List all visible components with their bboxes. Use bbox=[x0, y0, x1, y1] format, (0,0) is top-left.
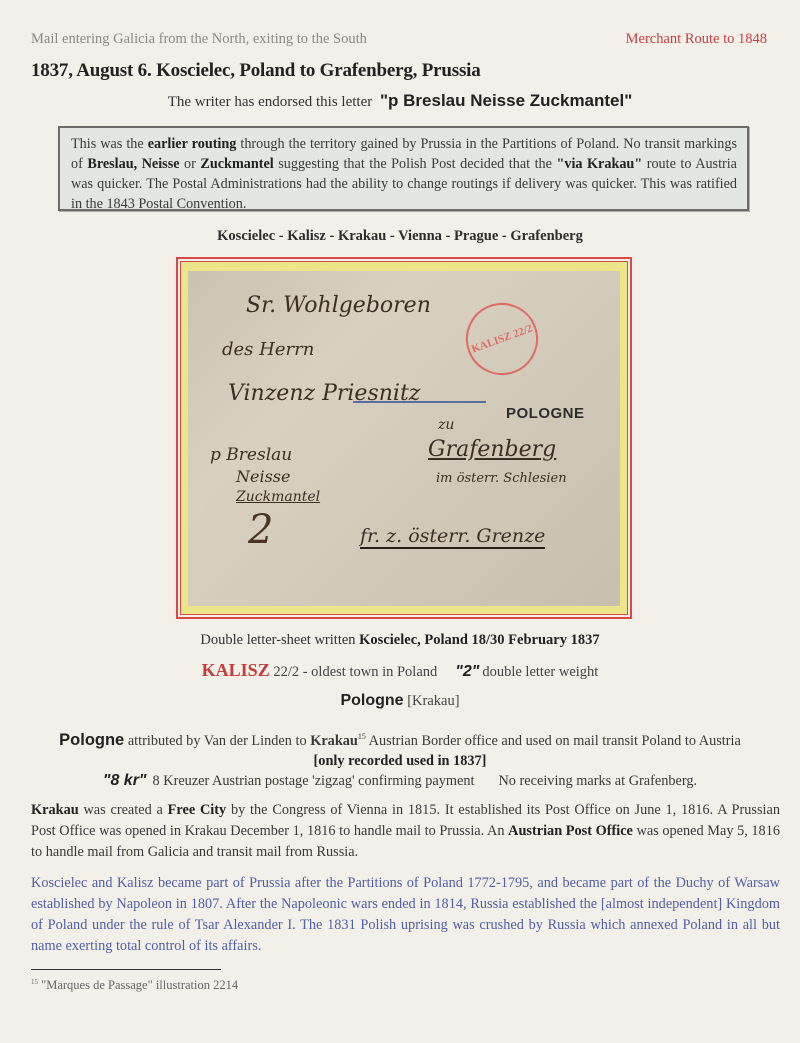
attribution-text: Austrian Border office and used on mail … bbox=[366, 733, 741, 749]
address-line: zu bbox=[438, 417, 454, 433]
cover-image: Sr. Wohlgeboren des Herrn Vinzenz Priesn… bbox=[188, 271, 620, 606]
kalisz-red-cancel: KALISZ 22/2 bbox=[456, 293, 548, 385]
header-subject: Mail entering Galicia from the North, ex… bbox=[31, 31, 367, 48]
poland-history-paragraph: Koscielec and Kalisz became part of Prus… bbox=[31, 873, 780, 957]
endorsement-quote: "p Breslau Neisse Zuckmantel" bbox=[380, 91, 632, 110]
kreuzer-marking: "8 kr" bbox=[103, 772, 147, 789]
note-text: suggesting that the Polish Post decided … bbox=[274, 156, 557, 172]
page-title: 1837, August 6. Koscielec, Poland to Gra… bbox=[31, 60, 481, 82]
caption-text: Double letter-sheet written bbox=[200, 632, 359, 648]
caption-kalisz: KALISZ 22/2 - oldest town in Poland"2"do… bbox=[0, 660, 800, 681]
para-text: was created a bbox=[79, 802, 168, 818]
routing-endorsement: Zuckmantel bbox=[236, 489, 320, 505]
para-bold: Austrian Post Office bbox=[508, 823, 633, 839]
receiving-marks-note: No receiving marks at Grafenberg. bbox=[498, 773, 697, 789]
footnote: 15 "Marques de Passage" illustration 221… bbox=[31, 978, 238, 993]
caption-letter-sheet: Double letter-sheet written Koscielec, P… bbox=[0, 632, 800, 649]
routing-note-box: This was the earlier routing through the… bbox=[58, 126, 749, 211]
weight-marking: "2" bbox=[455, 663, 479, 680]
address-line: fr. z. österr. Grenze bbox=[360, 525, 545, 549]
header-series: Merchant Route to 1848 bbox=[626, 31, 767, 48]
footnote-text: "Marques de Passage" illustration 2214 bbox=[38, 978, 238, 992]
footnote-divider bbox=[31, 969, 221, 970]
address-line: Grafenberg bbox=[428, 437, 556, 462]
attribution-text: attributed by Van der Linden to bbox=[124, 733, 310, 749]
postage-line: "8 kr"8 Kreuzer Austrian postage 'zigzag… bbox=[0, 771, 800, 791]
note-text: or bbox=[180, 156, 201, 172]
footnote-ref[interactable]: 15 bbox=[358, 732, 366, 741]
para-bold: Free City bbox=[168, 802, 227, 818]
caption-pologne: Pologne [Krakau] bbox=[0, 692, 800, 710]
route-line: Koscielec - Kalisz - Krakau - Vienna - P… bbox=[0, 228, 800, 245]
krakau-history-paragraph: Krakau was created a Free City by the Co… bbox=[31, 800, 780, 863]
routing-endorsement: p Breslau bbox=[210, 445, 292, 465]
caption-bold: Koscielec, Poland 18/30 February 1837 bbox=[359, 632, 599, 648]
note-text: This was the bbox=[71, 136, 148, 152]
para-bold: Krakau bbox=[31, 802, 79, 818]
attribution-block: Pologne attributed by Van der Linden to … bbox=[0, 727, 800, 791]
pologne-label: Pologne bbox=[340, 692, 403, 709]
cover-image-mat: Sr. Wohlgeboren des Herrn Vinzenz Priesn… bbox=[180, 261, 628, 615]
caption-text: 22/2 - oldest town in Poland bbox=[270, 664, 438, 680]
cover-image-frame: Sr. Wohlgeboren des Herrn Vinzenz Priesn… bbox=[176, 257, 632, 619]
blue-underline bbox=[353, 401, 486, 403]
pologne-stamp: POLOGNE bbox=[506, 405, 585, 422]
routing-endorsement: Neisse bbox=[236, 467, 290, 486]
note-bold: Breslau, Neisse bbox=[87, 156, 179, 172]
address-line: Sr. Wohlgeboren bbox=[246, 293, 431, 318]
rate-marking: 2 bbox=[248, 507, 273, 553]
footnote-number: 15 bbox=[31, 978, 38, 986]
address-line: des Herrn bbox=[222, 339, 314, 360]
attribution-line: Pologne attributed by Van der Linden to … bbox=[0, 727, 800, 751]
kalisz-label: KALISZ bbox=[202, 660, 270, 680]
endorsement-line: The writer has endorsed this letter "p B… bbox=[0, 91, 800, 111]
postage-text: 8 Kreuzer Austrian postage 'zigzag' conf… bbox=[153, 773, 475, 789]
note-bold: Zuckmantel bbox=[200, 156, 273, 172]
pologne-label: Pologne bbox=[59, 731, 124, 749]
caption-text: [Krakau] bbox=[404, 693, 460, 709]
krakau-label: Krakau bbox=[310, 733, 358, 749]
endorsement-lead: The writer has endorsed this letter bbox=[168, 94, 373, 110]
note-bold: "via Krakau" bbox=[556, 156, 642, 172]
only-recorded-note: [only recorded used in 1837] bbox=[0, 751, 800, 771]
address-line: im österr. Schlesien bbox=[436, 471, 567, 486]
caption-text: double letter weight bbox=[482, 664, 598, 680]
note-bold: earlier routing bbox=[148, 136, 237, 152]
